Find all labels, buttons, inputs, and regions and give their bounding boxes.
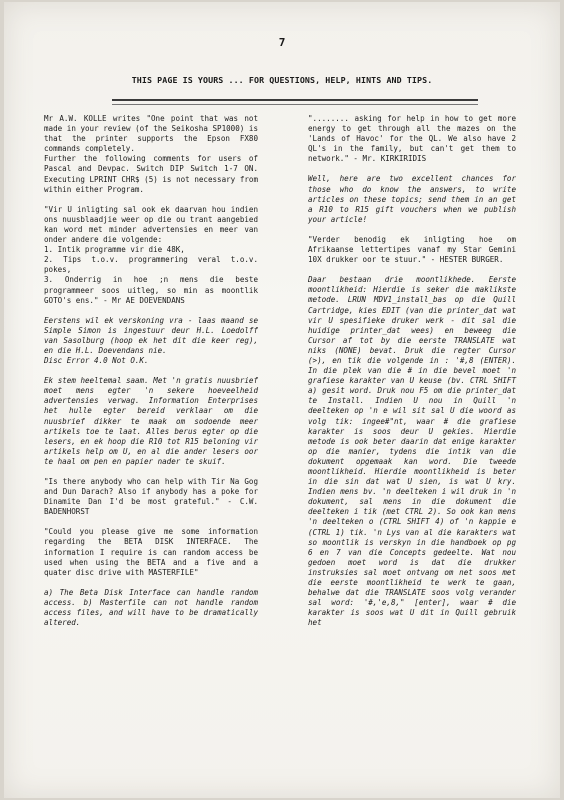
letter-badenhorst: "Is there anybody who can help with Tir … <box>44 477 258 517</box>
letter-burger: "Verder benodig ek inligting hoe om Afri… <box>308 235 516 265</box>
letter-kolle: Mr A.W. KOLLE writes "One point that was… <box>44 114 258 195</box>
left-column: Mr A.W. KOLLE writes "One point that was… <box>44 114 258 638</box>
editor-reply-quill: Daar bestaan drie moontlikhede. Eerste m… <box>308 275 516 628</box>
editor-reply-chances: Well, here are two excellent chances for… <box>308 174 516 224</box>
magazine-page: 7 THIS PAGE IS YOURS ... FOR QUESTIONS, … <box>4 2 560 798</box>
headline-rule <box>112 99 478 105</box>
letter-beta-disk: "Could you please give me some informati… <box>44 527 258 577</box>
editor-reply-advertising: Ek stem heeltemal saam. Met 'n gratis nu… <box>44 376 258 467</box>
page-headline: THIS PAGE IS YOURS ... FOR QUESTIONS, HE… <box>4 75 560 85</box>
letter-doevendans: "Vir U inligting sal ook ek daarvan hou … <box>44 205 258 306</box>
right-column: "........ asking for help in how to get … <box>308 114 516 639</box>
editor-reply-beta-disk: a) The Beta Disk Interface can handle ra… <box>44 588 258 628</box>
page-number: 7 <box>4 36 560 49</box>
letter-kirkiridis: "........ asking for help in how to get … <box>308 114 516 164</box>
editor-reply-apology: Eerstens wil ek verskoning vra - laas ma… <box>44 316 258 366</box>
